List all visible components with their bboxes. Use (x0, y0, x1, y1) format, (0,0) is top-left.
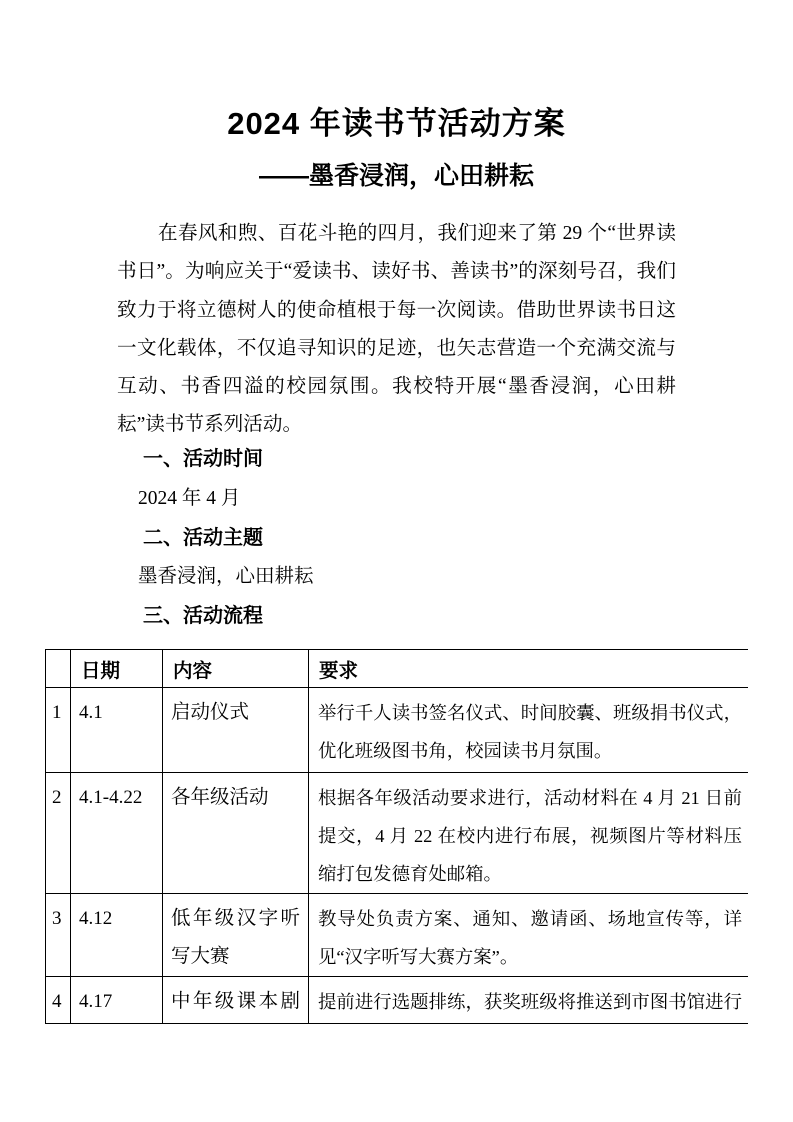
section-content-1: 2024 年 4 月 (117, 476, 793, 515)
intro-paragraph: 在春风和煦、百花斗艳的四月，我们迎来了第 29 个“世界读书日”。为响应关于“爱… (117, 215, 676, 445)
activity-table: 日期内容要求 14.1启动仪式举行千人读书签名仪式、时间胶囊、班级捐书仪式，优化… (45, 649, 748, 1024)
activity-table-wrapper: 日期内容要求 14.1启动仪式举行千人读书签名仪式、时间胶囊、班级捐书仪式，优化… (45, 649, 748, 1024)
cell-date: 4.12 (71, 894, 163, 977)
cell-no: 2 (46, 773, 71, 894)
cell-no: 4 (46, 977, 71, 1025)
cell-date: 4.1 (71, 688, 163, 773)
cell-content: 启动仪式 (163, 688, 309, 773)
doc-subtitle: ——墨香浸润，心田耕耘 (0, 160, 793, 192)
cell-req: 根据各年级活动要求进行，活动材料在 4 月 21 日前提交，4 月 22 在校内… (309, 773, 749, 894)
column-header-content: 内容 (163, 650, 309, 688)
section-content-2: 墨香浸润，心田耕耘 (117, 555, 793, 594)
column-header-date: 日期 (71, 650, 163, 688)
table-header-row: 日期内容要求 (46, 650, 749, 688)
cell-req: 举行千人读书签名仪式、时间胶囊、班级捐书仪式，优化班级图书角，校园读书月氛围。 (309, 688, 749, 773)
cell-req: 提前进行选题排练，获奖班级将推送到市图书馆进行 (309, 977, 749, 1025)
table-row: 14.1启动仪式举行千人读书签名仪式、时间胶囊、班级捐书仪式，优化班级图书角，校… (46, 688, 749, 773)
cell-no: 1 (46, 688, 71, 773)
section-heading-1: 一、活动时间 (117, 437, 793, 476)
table-row: 44.17中年级课本剧提前进行选题排练，获奖班级将推送到市图书馆进行 (46, 977, 749, 1025)
table-row: 34.12低年级汉字听写大赛教导处负责方案、通知、邀请函、场地宣传等，详见“汉字… (46, 894, 749, 977)
sections: 一、活动时间2024 年 4 月二、活动主题墨香浸润，心田耕耘三、活动流程 (117, 437, 793, 633)
cell-content: 低年级汉字听写大赛 (163, 894, 309, 977)
cell-date: 4.17 (71, 977, 163, 1025)
table-row: 24.1-4.22各年级活动根据各年级活动要求进行，活动材料在 4 月 21 日… (46, 773, 749, 894)
cell-content: 各年级活动 (163, 773, 309, 894)
cell-content: 中年级课本剧 (163, 977, 309, 1025)
column-header-req: 要求 (309, 650, 749, 688)
cell-date: 4.1-4.22 (71, 773, 163, 894)
section-heading-3: 三、活动流程 (117, 594, 793, 633)
section-heading-2: 二、活动主题 (117, 515, 793, 554)
column-header-no (46, 650, 71, 688)
doc-title: 2024 年读书节活动方案 (0, 104, 793, 144)
cell-req: 教导处负责方案、通知、邀请函、场地宣传等，详见“汉字听写大赛方案”。 (309, 894, 749, 977)
cell-no: 3 (46, 894, 71, 977)
document-page: 2024 年读书节活动方案 ——墨香浸润，心田耕耘 在春风和煦、百花斗艳的四月，… (0, 0, 793, 1122)
